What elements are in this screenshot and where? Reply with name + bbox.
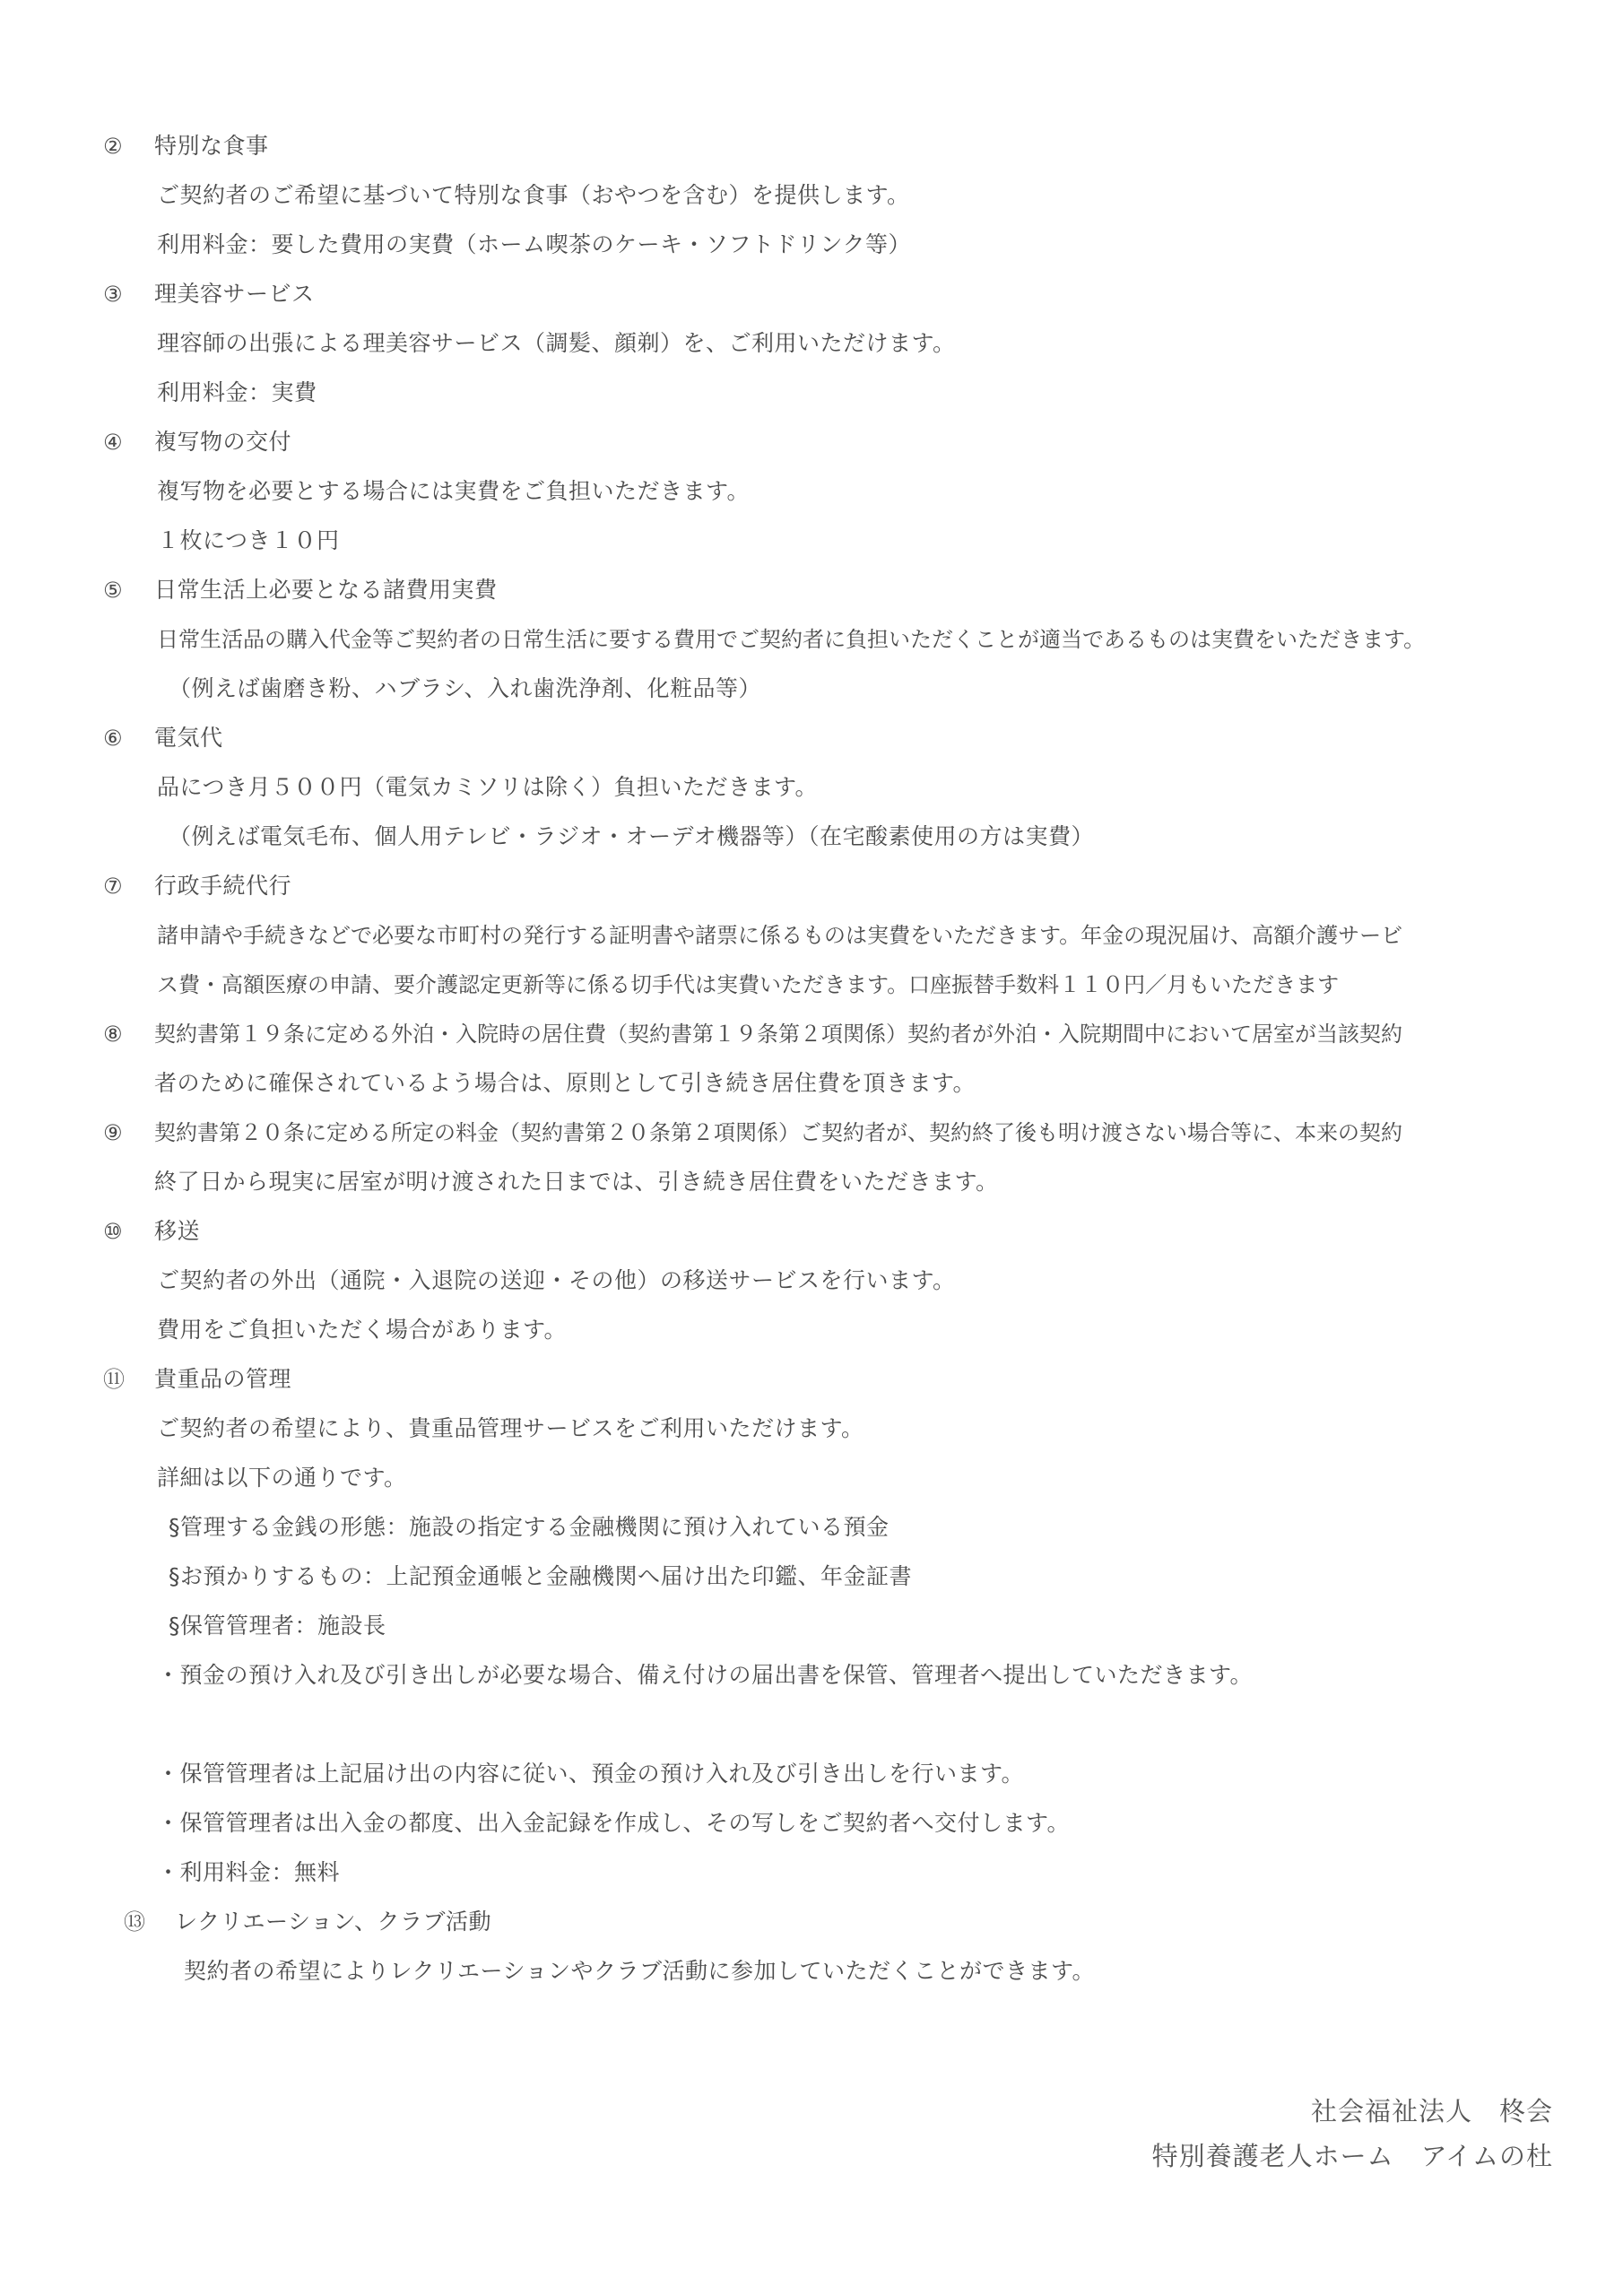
item-title-valuables: 貴重品の管理 — [154, 1366, 291, 1393]
item-text: １枚につき１０円 — [157, 527, 340, 554]
item-bullet: ・利用料金：無料 — [157, 1859, 340, 1886]
item-title-recreation: レクリエーション、クラブ活動 — [175, 1909, 491, 1935]
item-detail: §保管管理者：施設長 — [169, 1613, 386, 1639]
item-text: （例えば歯磨き粉、ハブラシ、入れ歯洗浄剤、化粧品等） — [169, 675, 761, 702]
item-title-prescribed-fee: 契約書第２０条に定める所定の料金（契約書第２０条第２項関係）ご契約者が、契約終了… — [154, 1119, 1402, 1146]
item-text: 利用料金：実費 — [157, 379, 317, 406]
item-title-overnight-residence-fee: 契約書第１９条に定める外泊・入院時の居住費（契約書第１９条第２項関係）契約者が外… — [154, 1021, 1402, 1048]
item-title-special-meals: 特別な食事 — [154, 133, 269, 160]
item-text: （例えば電気毛布、個人用テレビ・ラジオ・オーデオ機器等）（在宅酸素使用の方は実費… — [169, 823, 1094, 850]
item-number: ④ — [103, 429, 123, 456]
item-text: ご契約者のご希望に基づいて特別な食事（おやつを含む）を提供します。 — [157, 182, 910, 209]
item-text: 利用料金：要した費用の実費（ホーム喫茶のケーキ・ソフトドリンク等） — [157, 231, 911, 258]
item-bullet: ・保管管理者は出入金の都度、出入金記録を作成し、その写しをご契約者へ交付します。 — [157, 1810, 1070, 1837]
item-bullet: ・保管管理者は上記届け出の内容に従い、預金の預け入れ及び引き出しを行います。 — [157, 1761, 1024, 1787]
item-title-transport: 移送 — [154, 1218, 200, 1245]
item-text: ご契約者の希望により、貴重品管理サービスをご利用いただけます。 — [157, 1415, 864, 1442]
item-text: 日常生活品の購入代金等ご契約者の日常生活に要する費用でご契約者に負担いただくこと… — [157, 626, 1425, 653]
item-number: ⑩ — [103, 1218, 123, 1245]
footer-organization: 社会福祉法人 柊会 — [1311, 2095, 1553, 2127]
item-text: ス費・高額医療の申請、要介護認定更新等に係る切手代は実費いただきます。口座振替手… — [157, 971, 1339, 998]
item-number: ⑬ — [124, 1909, 145, 1935]
item-number: ③ — [103, 281, 123, 308]
item-text: 者のために確保されているよう場合は、原則として引き続き居住費を頂きます。 — [154, 1070, 976, 1097]
item-detail: §お預かりするもの：上記預金通帳と金融機関へ届け出た印鑑、年金証書 — [169, 1563, 912, 1590]
item-title-barber: 理美容サービス — [154, 281, 315, 308]
item-text: 諸申請や手続きなどで必要な市町村の発行する証明書や諸票に係るものは実費をいただき… — [157, 922, 1402, 949]
item-number: ⑨ — [103, 1119, 123, 1146]
item-text: 費用をご負担いただく場合があります。 — [157, 1317, 567, 1344]
item-number: ⑦ — [103, 873, 123, 900]
item-number: ⑤ — [103, 577, 123, 604]
item-text: 契約者の希望によりレクリエーションやクラブ活動に参加していただくことができます。 — [184, 1958, 1095, 1985]
item-text: 詳細は以下の通りです。 — [157, 1465, 407, 1492]
item-text: ご契約者の外出（通院・入退院の送迎・その他）の移送サービスを行います。 — [157, 1267, 956, 1294]
item-title-admin-procedures: 行政手続代行 — [154, 873, 291, 900]
item-number: ⑪ — [103, 1366, 125, 1393]
item-number: ⑧ — [103, 1021, 123, 1048]
item-title-copies: 複写物の交付 — [154, 429, 291, 456]
item-text: 品につき月５００円（電気カミソリは除く）負担いただきます。 — [157, 774, 818, 801]
item-title-daily-expenses: 日常生活上必要となる諸費用実費 — [154, 577, 498, 604]
item-number: ② — [103, 133, 123, 160]
item-text: 終了日から現実に居室が明け渡された日までは、引き続き居住費をいただきます。 — [154, 1169, 999, 1196]
item-text: 理容師の出張による理美容サービス（調髪、顔剃）を、ご利用いただけます。 — [157, 330, 956, 357]
footer-facility: 特別養護老人ホーム アイムの杜 — [1152, 2140, 1553, 2172]
item-text: 複写物を必要とする場合には実費をご負担いただきます。 — [157, 478, 750, 505]
item-number: ⑥ — [103, 725, 123, 752]
item-detail: §管理する金銭の形態：施設の指定する金融機関に預け入れている預金 — [169, 1514, 890, 1541]
item-bullet: ・預金の預け入れ及び引き出しが必要な場合、備え付けの届出書を保管、管理者へ提出し… — [157, 1662, 1253, 1689]
item-title-electricity: 電気代 — [154, 725, 223, 752]
